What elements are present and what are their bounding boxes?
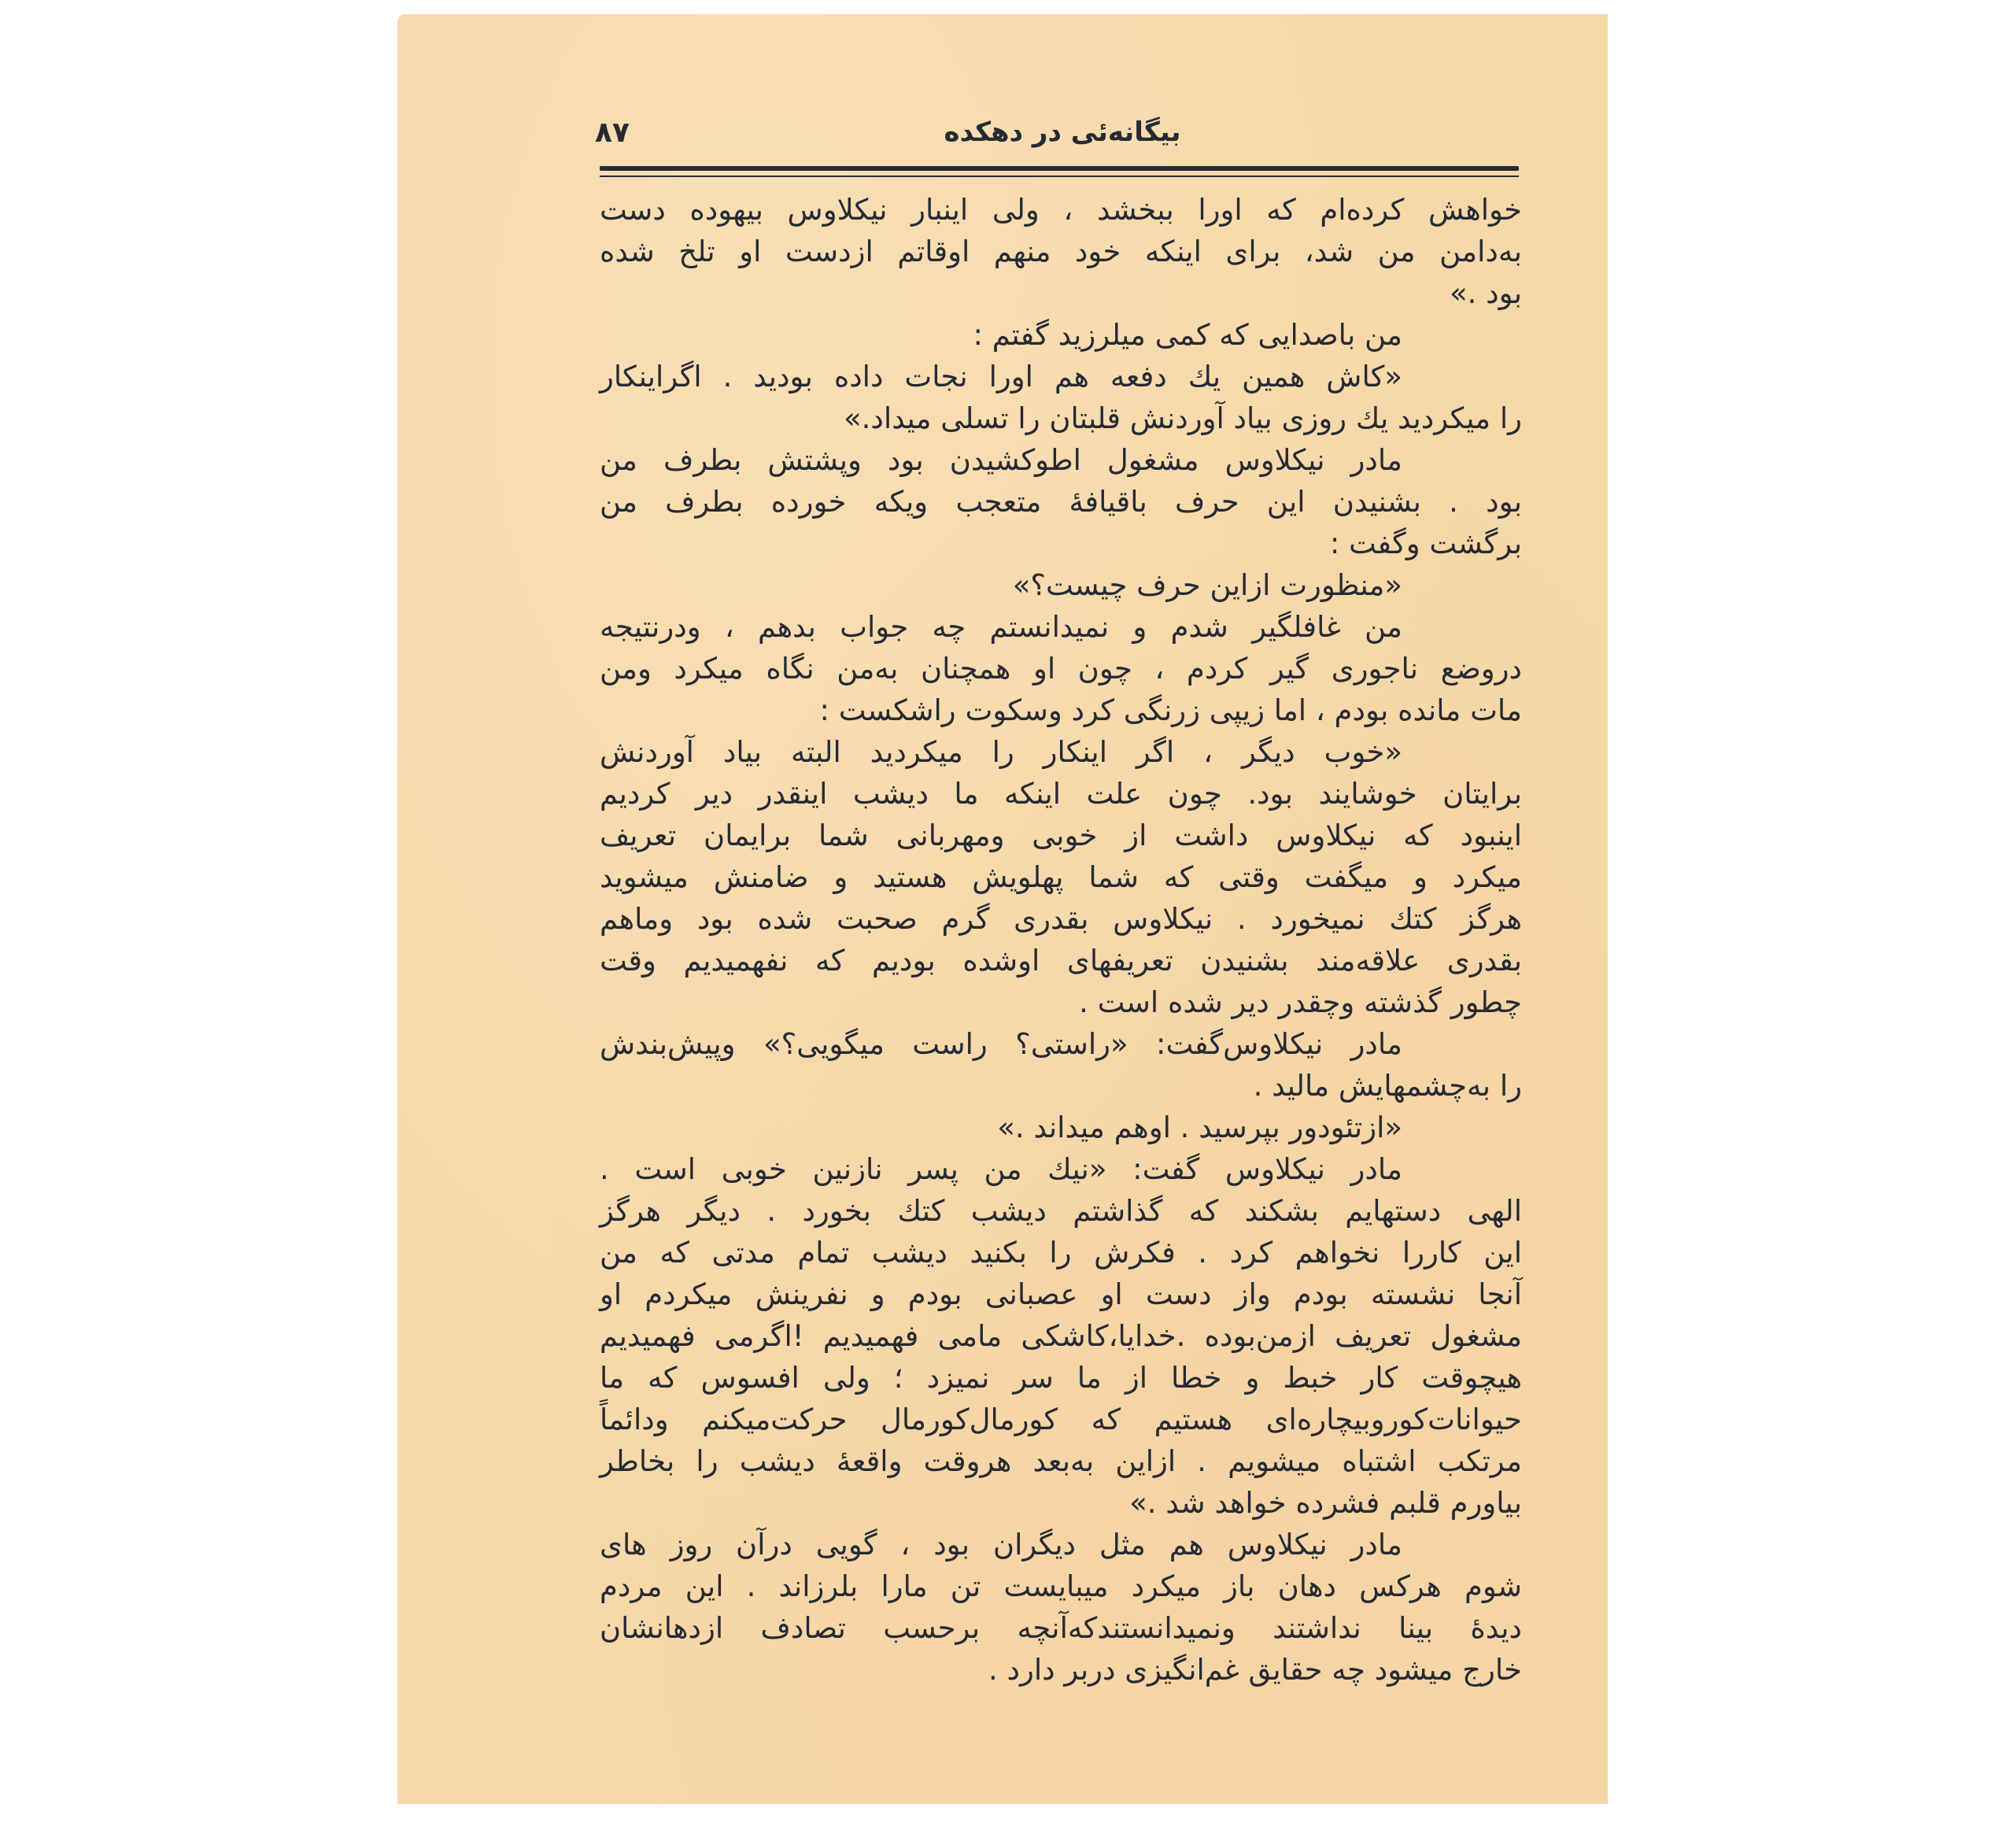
text-line: برایتان خوشایند بود. چون علت اینکه ما دی… <box>600 773 1522 815</box>
running-title: بیگانه‌ئی در دهکده <box>905 116 1220 148</box>
text-line: بقدری علاقه‌مند بشنیدن تعریفهای اوشده بو… <box>600 940 1522 981</box>
text-line: مرتکب اشتباه میشویم . ازاین به‌بعد هروقت… <box>600 1440 1522 1482</box>
text-line: را به‌چشمهایش مالید . <box>1254 1065 1522 1107</box>
text-line: این کاررا نخواهم کرد . فکرش را بکنید دیش… <box>600 1232 1522 1273</box>
text-line: «ازتئودور بپرسید . اوهم میداند .» <box>997 1107 1402 1148</box>
text-line: الهی دستهایم بشکند که گذاشتم دیشب کتك بخ… <box>600 1190 1522 1232</box>
header-rule-thick <box>600 166 1519 171</box>
text-line: برگشت وگفت : <box>1330 523 1522 564</box>
page-number: ۸۷ <box>595 116 642 149</box>
text-line: مشغول تعریف ازمن‌بوده .خدایا،کاشکی مامی … <box>600 1315 1522 1357</box>
text-line: «خوب دیگر ، اگر اینکار را میکردید البته … <box>600 731 1402 773</box>
text-line: هرگز کتك نمیخورد . نیکلاوس بقدری گرم صحب… <box>600 898 1522 940</box>
text-line: «منظورت ازاین حرف چیست؟» <box>1013 564 1402 606</box>
text-line: خواهش کرده‌ام که اورا ببخشد ، ولی اینبار… <box>600 189 1522 231</box>
text-line: من باصدایی که کمی میلرزید گفتم : <box>973 314 1403 356</box>
text-line: بود .» <box>1450 272 1522 314</box>
text-line: میکرد و میگفت وقتی که شما پهلویش هستید و… <box>600 856 1522 898</box>
text-line: مادر نیکلاوس مشغول اطوکشیدن بود وپشتش بط… <box>600 439 1402 481</box>
text-line: دروضع ناجوری گیر کردم ، چون او همچنان به… <box>600 648 1522 689</box>
text-line: آنجا نشسته بودم واز دست او عصبانی بودم و… <box>600 1273 1522 1315</box>
text-line: اینبود که نیکلاوس داشت از خوبی ومهربانی … <box>600 815 1522 856</box>
text-line: مادر نیکلاوس گفت: «نیك من پسر نازنین خوب… <box>600 1148 1402 1190</box>
text-line: «کاش همین یك دفعه هم اورا نجات داده بودی… <box>600 356 1402 397</box>
text-line: من غافلگیر شدم و نمیدانستم چه جواب بدهم … <box>600 606 1402 648</box>
text-line: هیچوقت کار خبط و خطا از ما سر نمیزد ؛ ول… <box>600 1357 1522 1399</box>
text-line: مادر نیکلاوس‌گفت: «راستی؟ راست میگویی؟» … <box>600 1023 1402 1065</box>
text-line: خارج میشود چه حقایق غم‌انگیزی دربر دارد … <box>988 1649 1522 1691</box>
text-line: بیاورم قلبم فشرده خواهد شد .» <box>1129 1482 1522 1524</box>
text-line: دیدهٔ بینا نداشتند ونمیدانستندکه‌آنچه بر… <box>600 1607 1522 1649</box>
text-line: به‌دامن من شد، برای اینکه خود منهم اوقات… <box>600 231 1522 272</box>
text-line: چطور گذشته وچقدر دیر شده است . <box>1079 981 1522 1023</box>
text-line: حیوانات‌کوروبیچاره‌ای هستیم که کورمال‌کو… <box>600 1399 1522 1440</box>
header-rule-thin <box>600 176 1519 177</box>
text-line: شوم هرکس دهان باز میکرد میبایست تن مارا … <box>600 1565 1522 1607</box>
text-line: مادر نیکلاوس هم مثل دیگران بود ، گویی در… <box>600 1524 1402 1565</box>
text-line: بود . بشنیدن این حرف باقیافهٔ متعجب ویکه… <box>600 481 1522 523</box>
text-line: مات مانده بودم ، اما زیپی زرنگی کرد وسکو… <box>820 689 1522 731</box>
text-line: را میکردید یك روزی بیاد آوردنش قلبتان را… <box>844 397 1522 439</box>
